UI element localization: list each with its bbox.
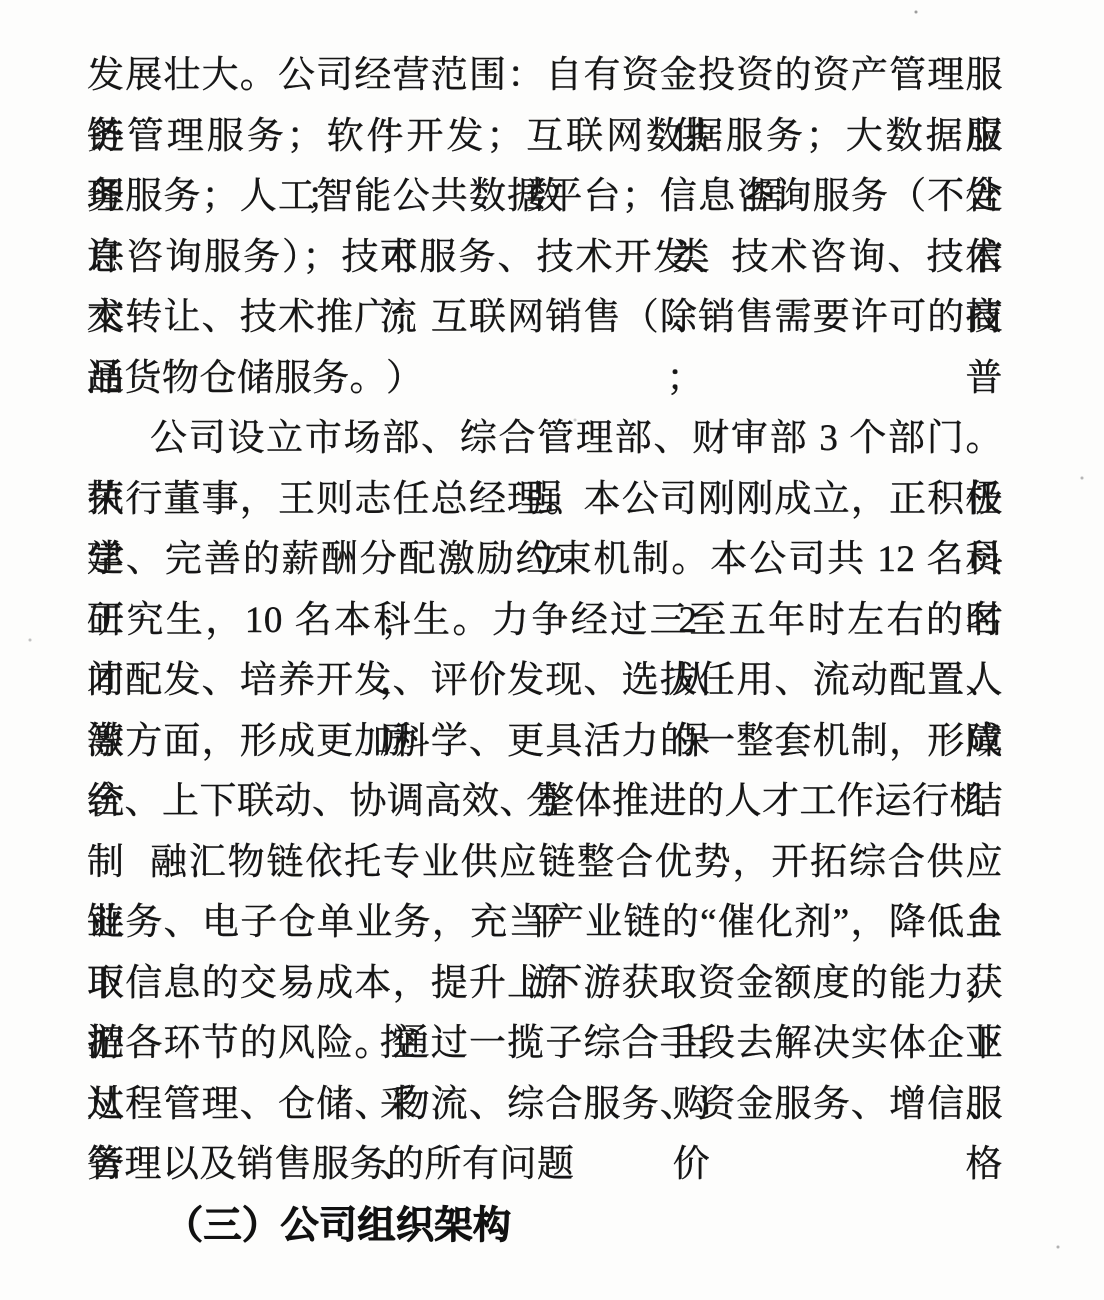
text-line: 研究生，10 名本科生。力争经过三至五年时左右的时间，从人 [87, 591, 1003, 652]
document-page: 发展壮大。公司经营范围：自有资金投资的资产管理服务；供应链管理服务；软件开发；互… [0, 0, 1104, 1300]
text-line: 合、上下联动、协调高效、整体推进的人才工作运行机制 [87, 772, 1003, 833]
text-line: 才配发、培养开发、评价发现、选拔任用、流动配置、激励保障 [87, 651, 1003, 712]
text-line: 融汇物链依托专业供应链整合优势，开拓综合供应链平台 [87, 833, 1003, 894]
text-line: 公司设立市场部、综合管理部、财审部 3 个部门。荣强任 [87, 409, 1003, 470]
text-line: 取信息的交易成本，提升上下游获取资金额度的能力，把控上下 [87, 954, 1003, 1015]
text-line: 息咨询服务）；技术服务、技术开发、技术咨询、技术交流、技 [87, 228, 1003, 289]
section-heading: （三）公司组织架构 [87, 1196, 1003, 1257]
text-line: 游各环节的风险。通过一揽子综合手段去解决实体企业从采购、 [87, 1014, 1003, 1075]
text-line: 等方面，形成更加科学、更具活力的一整套机制，形成统分结 [87, 712, 1003, 773]
text-line: 过程管理、仓储、物流、综合服务、资金服务、增信服务、价格 [87, 1075, 1003, 1136]
text-line: 发展壮大。公司经营范围：自有资金投资的资产管理服务；供应 [87, 46, 1003, 107]
text-line: 业务、电子仓单业务，充当产业链的“催化剂”，降低上下游获 [87, 893, 1003, 954]
text-line: 执行董事，王则志任总经理。本公司刚刚成立，正积极建立科 [87, 470, 1003, 531]
text-line: 理服务；人工智能公共数据平台；信息咨询服务（不含许可类信 [87, 167, 1003, 228]
text-line: 链管理服务；软件开发；互联网数据服务；大数据服务；数据处 [87, 107, 1003, 168]
document-text-column: 发展壮大。公司经营范围：自有资金投资的资产管理服务；供应链管理服务；软件开发；互… [87, 46, 1003, 1256]
text-line: 学、完善的薪酬分配激励约束机制。本公司共 12 名员工，2 名 [87, 530, 1003, 591]
text-line: 术转让、技术推广；互联网销售（除销售需要许可的商品）；普 [87, 288, 1003, 349]
